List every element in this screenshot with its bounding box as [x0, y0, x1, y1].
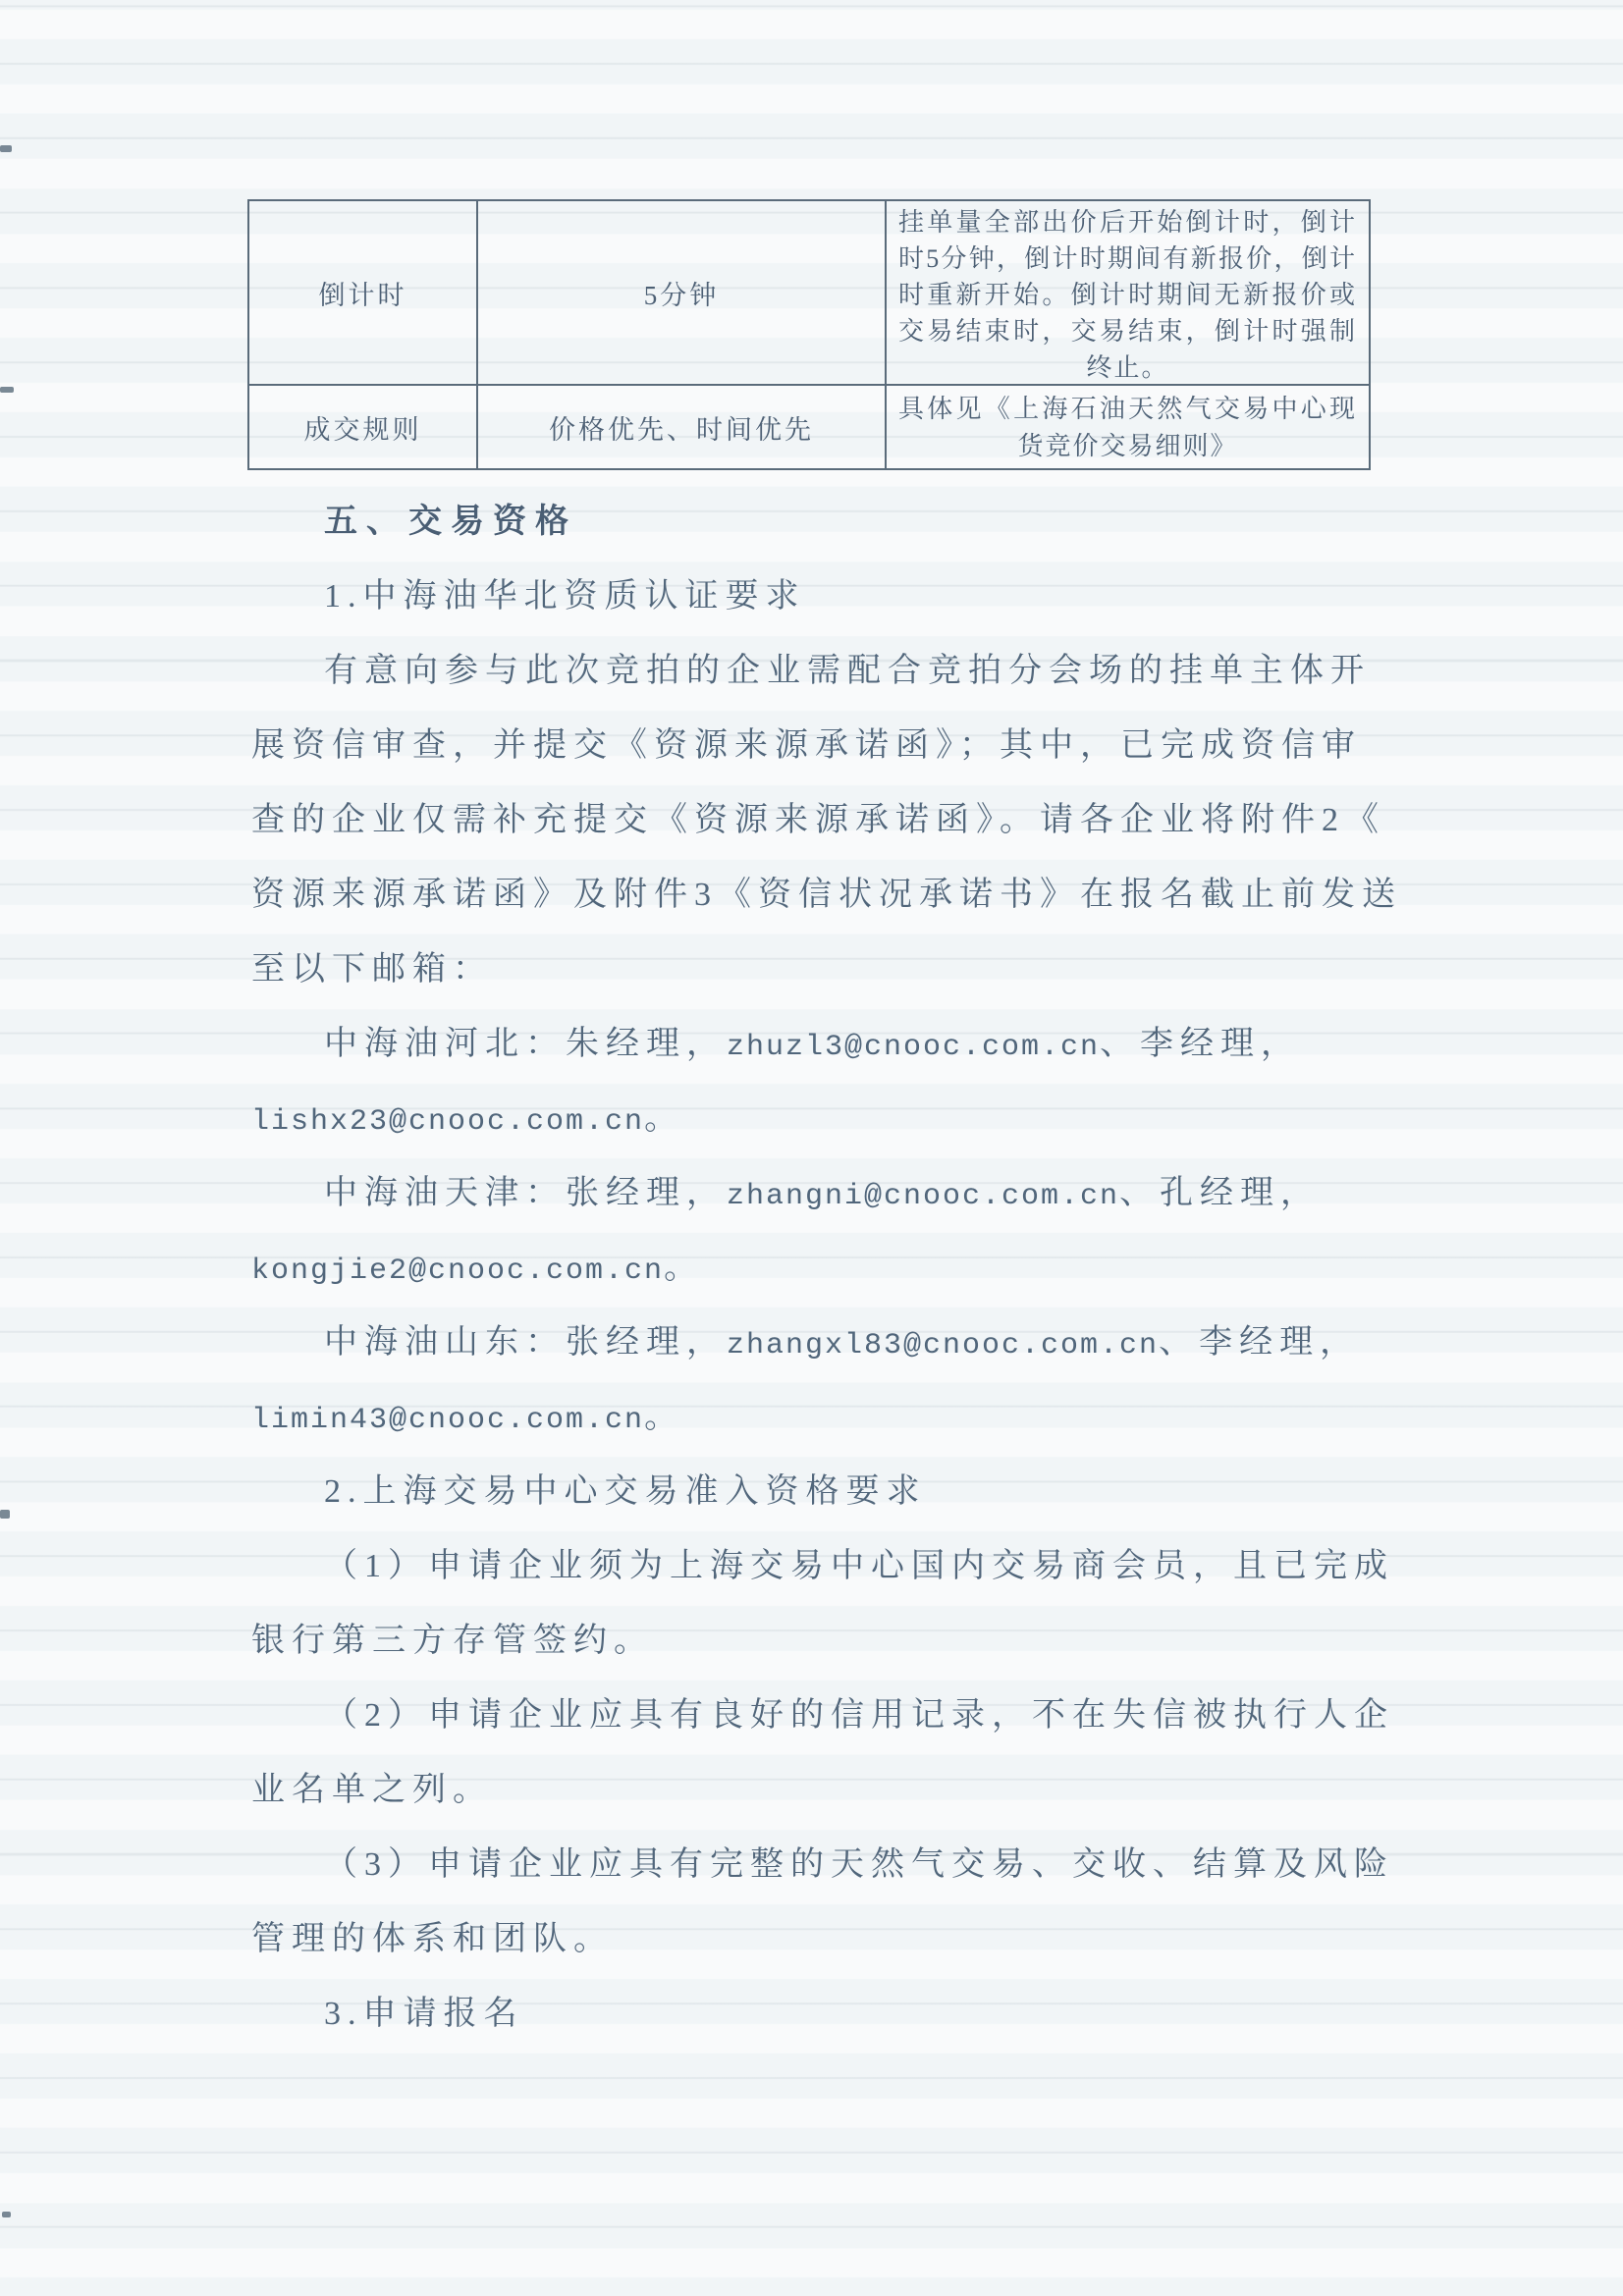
table-cell-dealrule-detail: 具体见《上海石油天然气交易中心现货竞价交易细则》 — [887, 386, 1369, 468]
scan-speck — [0, 1510, 10, 1519]
body-line-email-shandong: limin43@cnooc.com.cn。 — [251, 1380, 1479, 1455]
body-line: 1.中海油华北资质认证要求 — [251, 560, 1479, 634]
body-line: （3）申请企业应具有完整的天然气交易、交收、结算及风险 — [251, 1828, 1479, 1902]
body-line: 查的企业仅需补充提交《资源来源承诺函》。请各企业将附件2《 — [251, 783, 1479, 858]
body-line: 3.申请报名 — [251, 1977, 1479, 2052]
body-line: 2.上海交易中心交易准入资格要求 — [251, 1455, 1479, 1529]
spec-table: 倒计时 5分钟 挂单量全部出价后开始倒计时，倒计时5分钟，倒计时期间有新报价，倒… — [247, 199, 1371, 470]
email-address: zhuzl3@cnooc.com.cn — [727, 1031, 1100, 1064]
body-line-contact-tianjin: 中海油天津：张经理，zhangni@cnooc.com.cn、孔经理， — [251, 1156, 1479, 1231]
email-address: lishx23@cnooc.com.cn — [251, 1105, 644, 1139]
contact-text: 、孔经理， — [1119, 1175, 1321, 1211]
body-line-email-tianjin: kongjie2@cnooc.com.cn。 — [251, 1231, 1479, 1306]
scan-speck — [0, 387, 14, 393]
contact-text: 中海油山东：张经理， — [324, 1324, 727, 1361]
body-line-email-hebei: lishx23@cnooc.com.cn。 — [251, 1082, 1479, 1156]
body-line-contact-hebei: 中海油河北：朱经理，zhuzl3@cnooc.com.cn、李经理， — [251, 1007, 1479, 1082]
scan-speck — [0, 145, 12, 152]
cell-text: 成交规则 — [304, 408, 422, 447]
contact-text: 、李经理， — [1100, 1026, 1301, 1062]
cell-text: 倒计时 — [319, 274, 407, 312]
document-body: 五、交易资格 1.中海油华北资质认证要求 有意向参与此次竞拍的企业需配合竞拍分会… — [251, 485, 1479, 2052]
contact-text: 。 — [664, 1250, 704, 1286]
section-heading: 五、交易资格 — [251, 485, 1479, 560]
body-line: （2）申请企业应具有良好的信用记录，不在失信被执行人企 — [251, 1679, 1479, 1753]
scan-speck — [2, 2212, 11, 2217]
cell-text: 价格优先、时间优先 — [549, 408, 814, 447]
email-address: zhangni@cnooc.com.cn — [727, 1180, 1119, 1213]
cell-text: 5分钟 — [644, 274, 720, 312]
table-cell-countdown-detail: 挂单量全部出价后开始倒计时，倒计时5分钟，倒计时期间有新报价，倒计时重新开始。倒… — [887, 201, 1369, 386]
contact-text: 、李经理， — [1159, 1324, 1360, 1361]
body-line: 展资信审查，并提交《资源来源承诺函》；其中，已完成资信审 — [251, 709, 1479, 783]
email-address: limin43@cnooc.com.cn — [251, 1404, 644, 1437]
contact-text: 中海油天津：张经理， — [324, 1175, 727, 1211]
table-cell-countdown-label: 倒计时 — [249, 201, 478, 386]
contact-text: 。 — [644, 1399, 684, 1435]
email-address: kongjie2@cnooc.com.cn — [251, 1255, 664, 1288]
body-line: （1）申请企业须为上海交易中心国内交易商会员，且已完成 — [251, 1529, 1479, 1604]
contact-text: 中海油河北：朱经理， — [324, 1026, 727, 1062]
document-page: 倒计时 5分钟 挂单量全部出价后开始倒计时，倒计时5分钟，倒计时期间有新报价，倒… — [0, 0, 1623, 2296]
body-line: 至以下邮箱： — [251, 933, 1479, 1007]
body-line: 有意向参与此次竞拍的企业需配合竞拍分会场的挂单主体开 — [251, 634, 1479, 709]
contact-text: 。 — [644, 1100, 684, 1137]
body-line: 管理的体系和团队。 — [251, 1902, 1479, 1977]
body-line: 业名单之列。 — [251, 1753, 1479, 1828]
table-cell-countdown-value: 5分钟 — [478, 201, 887, 386]
body-line: 资源来源承诺函》及附件3《资信状况承诺书》在报名截止前发送 — [251, 858, 1479, 933]
body-line-contact-shandong: 中海油山东：张经理，zhangxl83@cnooc.com.cn、李经理， — [251, 1306, 1479, 1380]
body-line: 银行第三方存管签约。 — [251, 1604, 1479, 1679]
table-cell-dealrule-value: 价格优先、时间优先 — [478, 386, 887, 468]
table-cell-dealrule-label: 成交规则 — [249, 386, 478, 468]
email-address: zhangxl83@cnooc.com.cn — [727, 1329, 1159, 1362]
